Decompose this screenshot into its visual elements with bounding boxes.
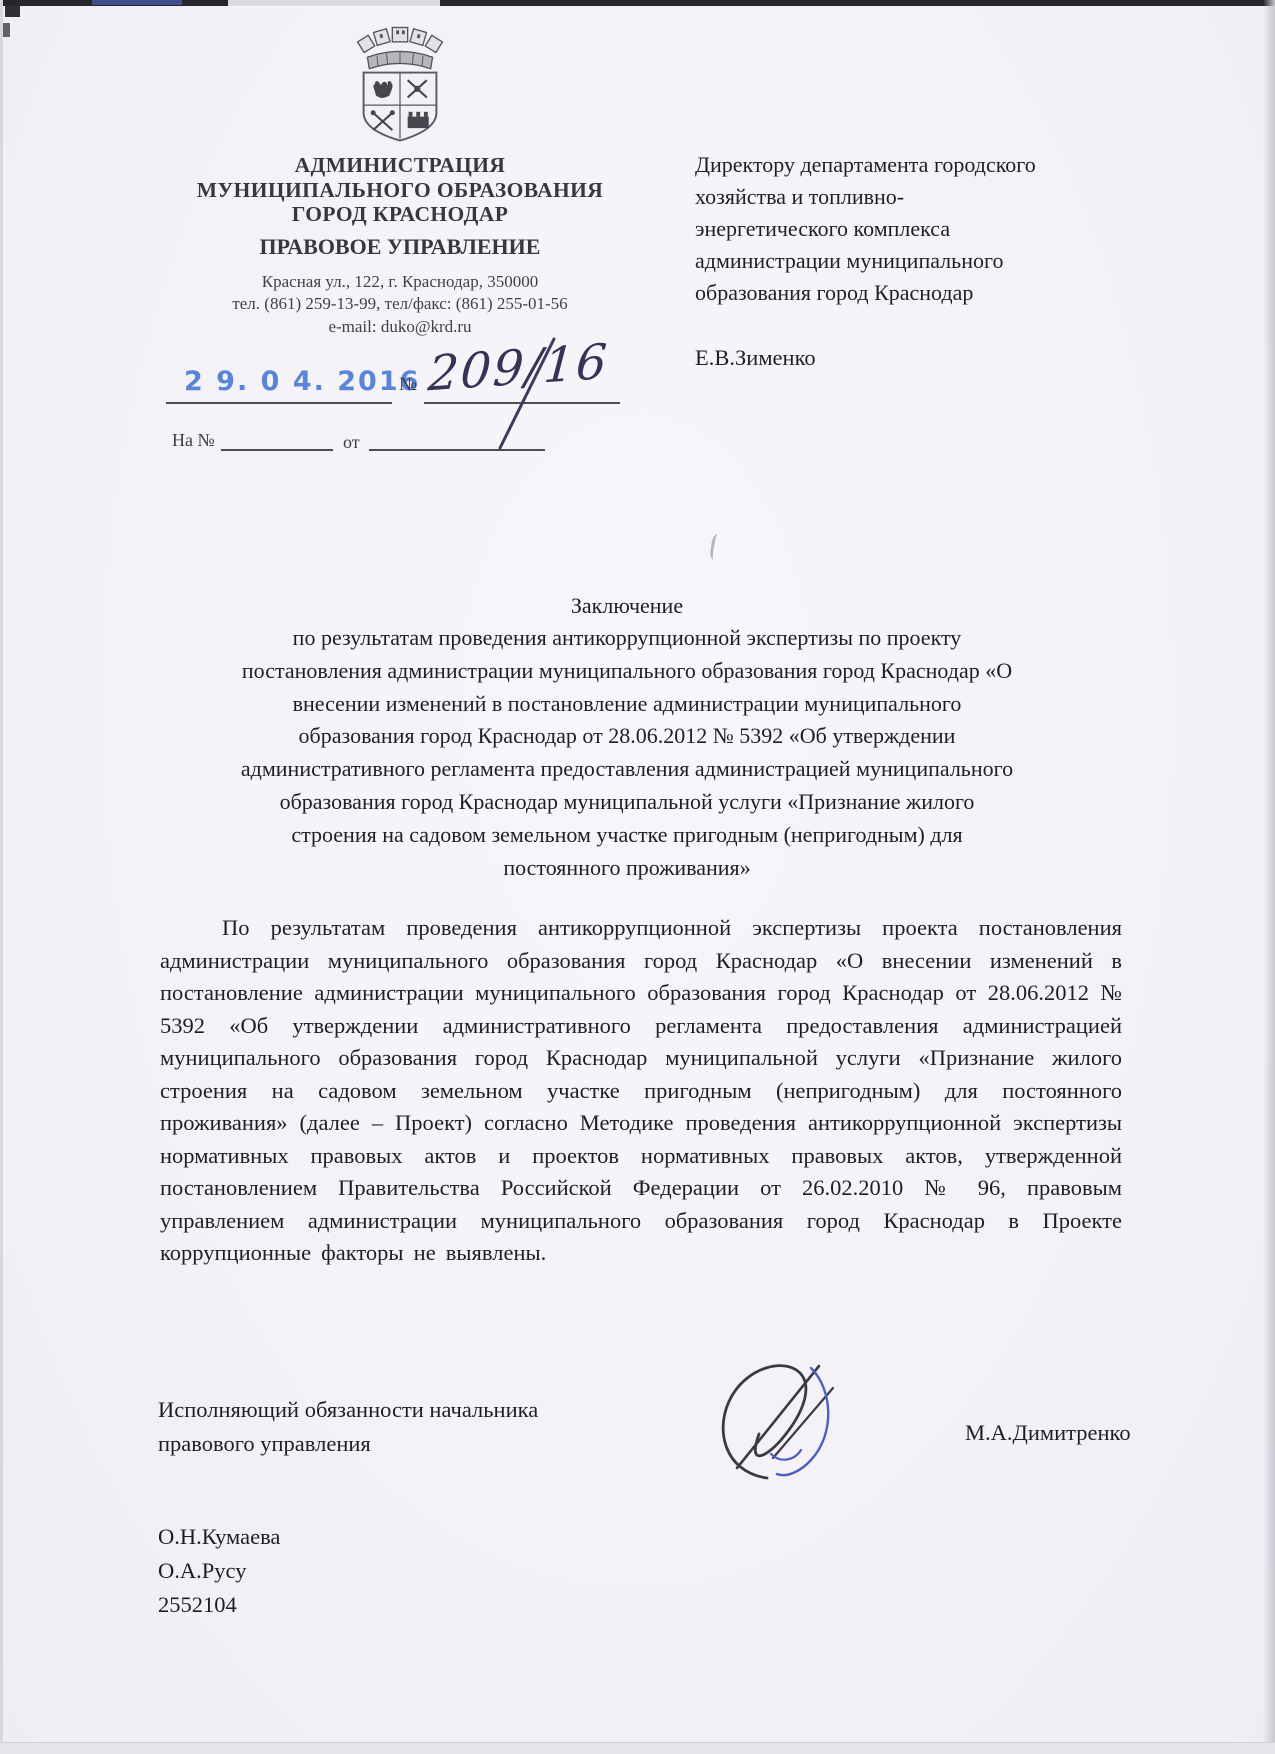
letterhead: АДМИНИСТРАЦИЯ МУНИЦИПАЛЬНОГО ОБРАЗОВАНИЯ… <box>150 26 650 338</box>
document-title-block: Заключение по результатам проведения ант… <box>152 589 1102 884</box>
department-name: ПРАВОВОЕ УПРАВЛЕНИЕ <box>150 234 650 260</box>
letterhead-email: e-mail: duko@krd.ru <box>150 316 650 339</box>
scan-artifact-top-strip <box>0 0 1275 6</box>
handwritten-number: 209/16 <box>426 333 610 402</box>
date-rule-line <box>166 402 392 404</box>
scan-artifact-speck <box>5 6 20 17</box>
scan-artifact-top-blue <box>92 0 182 5</box>
krasnodar-coat-of-arms-icon <box>354 26 446 144</box>
number-label: № <box>399 374 417 396</box>
scan-artifact-speck <box>2 23 10 37</box>
scan-artifact-stray-mark <box>709 533 724 560</box>
executor-name-2: О.А.Русу <box>158 1558 246 1584</box>
org-name-line3: ГОРОД КРАСНОДАР <box>150 202 650 227</box>
scan-artifact-left-edge <box>0 0 3 1754</box>
date-stamp: 2 9. 0 4. 2016 <box>184 366 420 397</box>
org-name-line2: МУНИЦИПАЛЬНОГО ОБРАЗОВАНИЯ <box>150 178 650 203</box>
executor-phone: 2552104 <box>158 1592 237 1618</box>
letterhead-phone: тел. (861) 259-13-99, тел/факс: (861) 25… <box>150 293 650 316</box>
reply-date-label: от <box>343 432 360 453</box>
org-name-line1: АДМИНИСТРАЦИЯ <box>150 153 650 178</box>
scan-artifact-top-gap <box>228 0 440 7</box>
executor-name-1: О.Н.Кумаева <box>158 1524 280 1550</box>
body-paragraph: По результатам проведения антикоррупцион… <box>160 912 1122 1270</box>
signer-position: Исполняющий обязанности начальника право… <box>158 1393 538 1461</box>
addressee-block: Директору департамента городского хозяйс… <box>695 149 1135 309</box>
scan-artifact-right-edge <box>1263 0 1275 1754</box>
signer-name: М.А.Димитренко <box>965 1420 1131 1446</box>
document-subtitle: по результатам проведения антикоррупцион… <box>152 622 1102 884</box>
reply-rule-line <box>221 449 333 451</box>
letterhead-address: Красная ул., 122, г. Краснодар, 350000 <box>150 271 650 294</box>
addressee-name: Е.В.Зименко <box>695 345 816 371</box>
reply-date-rule-line <box>369 449 545 451</box>
scanned-letter-page: АДМИНИСТРАЦИЯ МУНИЦИПАЛЬНОГО ОБРАЗОВАНИЯ… <box>0 0 1275 1754</box>
document-title: Заключение <box>152 589 1102 622</box>
scan-artifact-bottom-edge <box>0 1742 1275 1754</box>
handwritten-signature <box>683 1356 895 1488</box>
reply-number-label: На № <box>172 430 215 451</box>
